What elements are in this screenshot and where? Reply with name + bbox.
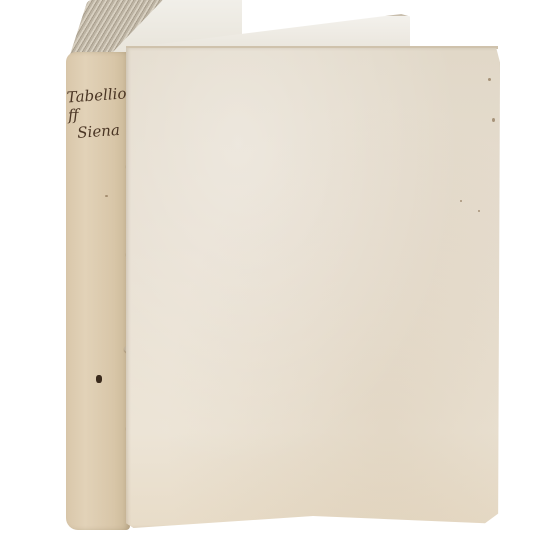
spine-wormhole <box>96 375 102 383</box>
stain <box>460 200 462 202</box>
stain <box>478 210 480 212</box>
stain <box>492 118 495 122</box>
front-cover <box>126 48 500 528</box>
book-photo: Tabellio ff Siena <box>0 0 550 550</box>
stain <box>488 78 491 81</box>
stain <box>105 195 108 197</box>
